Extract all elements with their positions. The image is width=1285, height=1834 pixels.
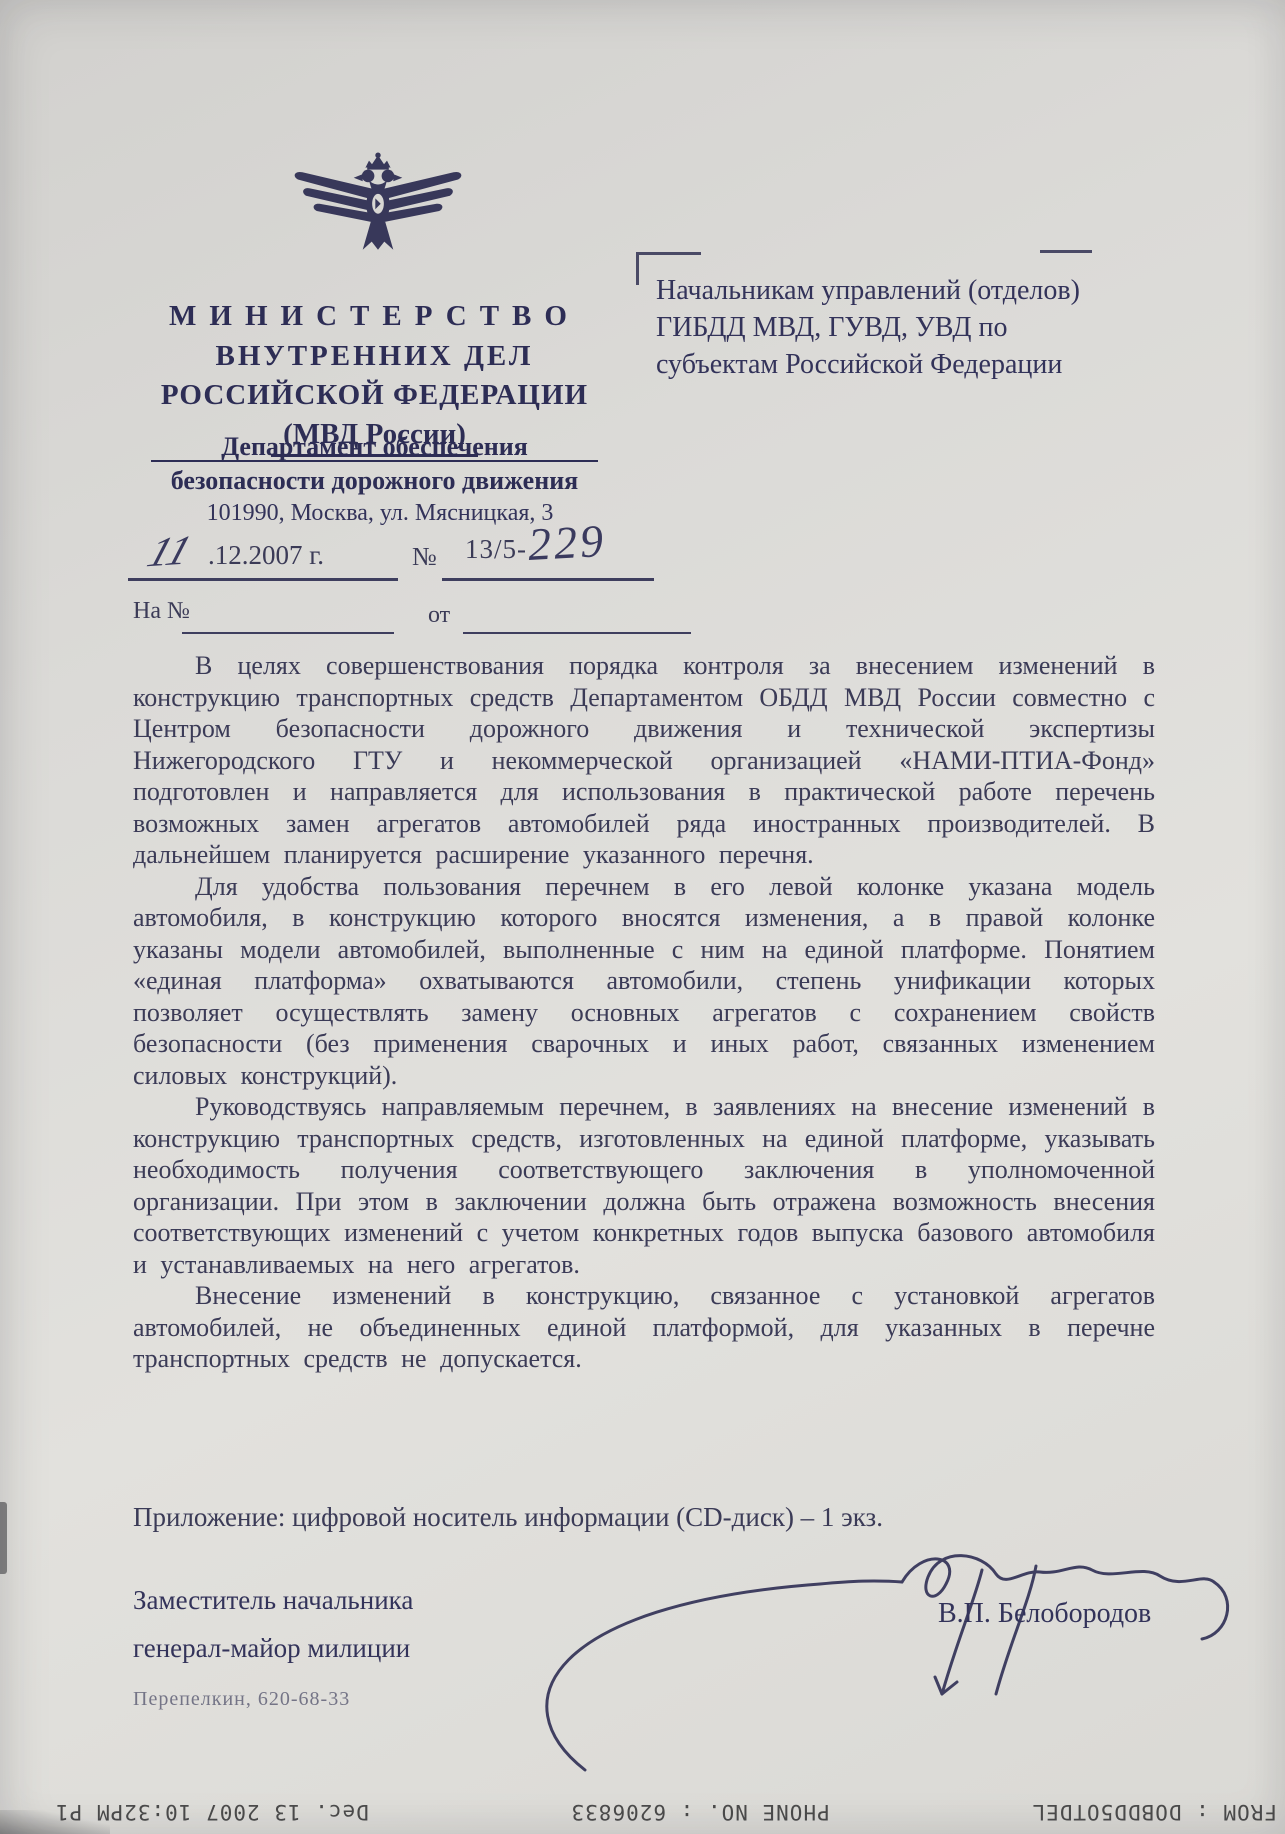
- reply-number-underline: [182, 632, 394, 634]
- scanned-letter-page: МИНИСТЕРСТВО ВНУТРЕННИХ ДЕЛ РОССИЙСКОЙ Ф…: [0, 0, 1285, 1834]
- printed-number-prefix: 13/5-: [465, 534, 527, 565]
- addressee-line-1: Начальникам управлений (отделов): [656, 272, 1086, 309]
- attachment-line: Приложение: цифровой носитель информации…: [133, 1502, 1133, 1533]
- date-underline: [128, 578, 398, 581]
- paragraph-2: Для удобства пользования перечнем в его …: [133, 871, 1155, 1092]
- paragraph-4: Внесение изменений в конструкцию, связан…: [133, 1280, 1155, 1375]
- executor-contact: Перепелкин, 620-68-33: [133, 1688, 350, 1711]
- signer-position-line-1: Заместитель начальника: [133, 1576, 413, 1624]
- paragraph-3: Руководствуясь направляемым перечнем, в …: [133, 1091, 1155, 1280]
- ministry-line-1: МИНИСТЕРСТВО: [122, 300, 627, 333]
- letter-body: В целях совершенствования порядка контро…: [133, 650, 1155, 1375]
- signer-position-block: Заместитель начальника генерал-майор мил…: [133, 1576, 413, 1672]
- addressee-block: Начальникам управлений (отделов) ГИБДД М…: [656, 272, 1086, 383]
- paragraph-1: В целях совершенствования порядка контро…: [133, 650, 1155, 871]
- handwritten-number: 229: [527, 514, 608, 571]
- addressee-line-3: субъектам Российской Федерации: [656, 346, 1086, 383]
- reply-to-label: На №: [133, 598, 190, 625]
- number-underline: [442, 578, 654, 581]
- addressee-corner-mark-right: [1040, 250, 1092, 253]
- signer-position-line-2: генерал-майор милиции: [133, 1624, 413, 1672]
- handwritten-day: 11: [142, 527, 198, 578]
- department-line-1: Департамент обеспечения: [122, 430, 627, 464]
- reply-from-label: от: [428, 602, 450, 629]
- fax-from: FROM : DOBDD5OTDEL: [1031, 1800, 1277, 1824]
- mvd-double-headed-eagle-emblem-icon: [288, 136, 468, 286]
- signer-name: В.П. Белобородов: [938, 1598, 1285, 1630]
- reply-date-underline: [463, 632, 691, 634]
- department-line-2: безопасности дорожного движения: [122, 464, 627, 498]
- scan-corner-shadow: [0, 1810, 110, 1834]
- fax-phone: PHONE NO. : 6206833: [571, 1800, 830, 1824]
- addressee-line-2: ГИБДД МВД, ГУВД, УВД по: [656, 309, 1086, 346]
- printed-date: .12.2007 г.: [208, 540, 324, 571]
- scan-edge-artifact: [0, 1502, 7, 1574]
- handwritten-signature: [490, 1542, 1285, 1772]
- department-name-block: Департамент обеспечения безопасности дор…: [122, 430, 627, 498]
- ministry-line-2: ВНУТРЕННИХ ДЕЛ: [122, 340, 627, 373]
- fax-header-line: FROM : DOBDD5OTDEL PHONE NO. : 6206833 D…: [55, 1798, 1277, 1826]
- ministry-line-3: РОССИЙСКОЙ ФЕДЕРАЦИИ: [122, 379, 627, 412]
- number-sign: №: [412, 542, 437, 572]
